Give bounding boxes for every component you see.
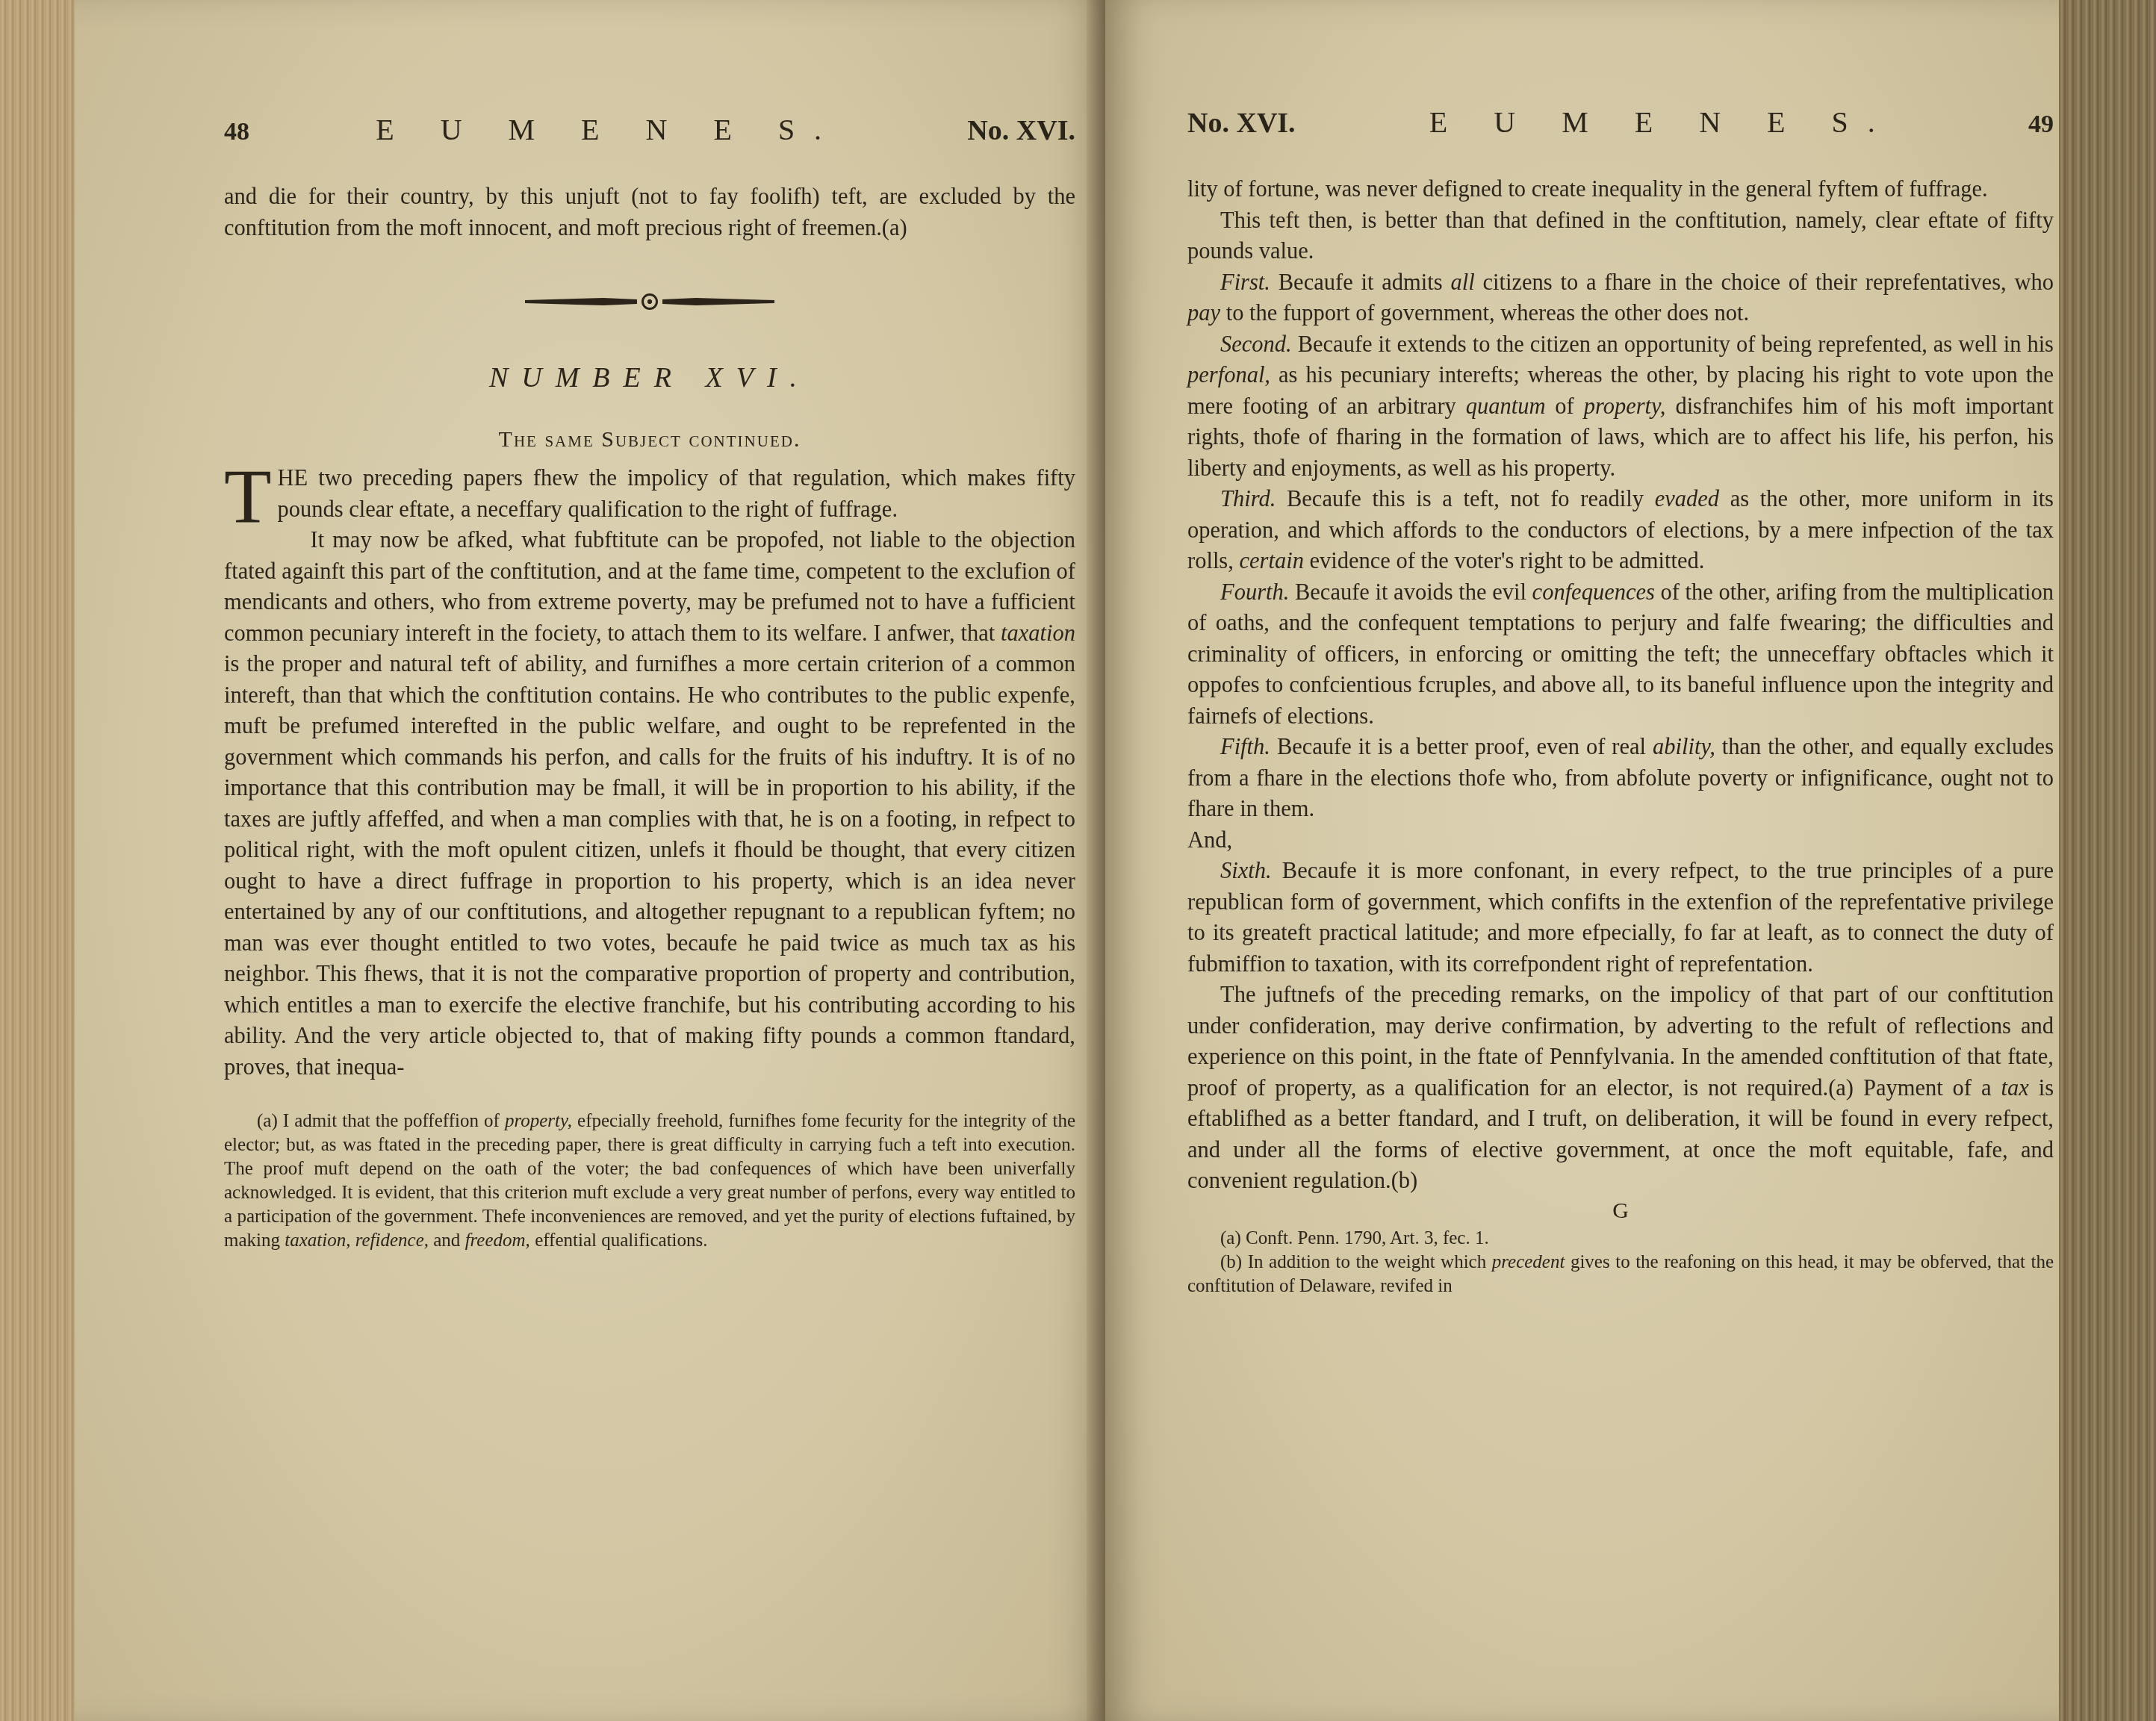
page-edges-left [0,0,82,1721]
text-segment: evidence of the voter's right to be admi… [1304,548,1705,573]
rosette-icon [641,293,658,310]
paragraph-first: First. Becaufe it admits all citizens to… [1187,267,2054,329]
enumeration-label: Fifth. [1220,734,1270,759]
ornament-bar-right [662,298,774,305]
ornament-rule-icon [224,294,1075,309]
enumeration-label: Fourth. [1220,579,1289,605]
text-segment: and [429,1230,465,1251]
italic-term: ability, [1653,734,1715,759]
enumeration-label: Third. [1220,486,1276,511]
paragraph-this-test: This teft then, is better than that defi… [1187,205,2054,267]
running-number: No. XVI. [1187,107,1296,140]
enumeration-label: First. [1220,270,1270,295]
text-segment: Becaufe it avoids the evil [1289,579,1532,605]
running-number: No. XVI. [967,114,1075,147]
running-title: E U M E N E S. [1429,105,1895,140]
paragraph-closing: The juftnefs of the preceding remarks, o… [1187,980,2054,1197]
chapter-subtitle: The same Subject continued. [224,427,1075,452]
italic-term: pay [1187,300,1220,326]
book-spread: 48 E U M E N E S. No. XVI. and die for t… [0,0,2156,1721]
drop-cap: T [224,467,272,527]
signature-mark: G [1187,1198,2054,1224]
paragraph-continued: lity of fortune, was never defigned to c… [1187,174,2054,205]
page-number: 48 [224,118,249,146]
italic-term: freedom, [465,1230,530,1251]
continued-paragraph: and die for their country, by this unjuf… [224,181,1075,243]
italic-term: taxation [1001,620,1075,646]
left-page: 48 E U M E N E S. No. XVI. and die for t… [75,0,1105,1721]
paragraph-second: Second. Becaufe it extends to the citize… [1187,329,2054,485]
text-segment: effential qualifications. [530,1230,708,1251]
text-segment: It may now be afked, what fubftitute can… [224,527,1075,646]
ornament-bar-left [525,298,637,305]
page-number: 49 [2028,111,2054,139]
italic-term: precedent [1492,1252,1565,1272]
text-segment: efpecially freehold, furnifhes fome fecu… [224,1111,1075,1251]
running-head-left: 48 E U M E N E S. No. XVI. [224,112,1075,147]
paragraph-taxation: It may now be afked, what fubftitute can… [224,525,1075,1083]
paragraph-opening: THE two preceding papers fhew the impoli… [224,463,1075,525]
italic-term: quantum [1466,393,1546,419]
running-head-right: No. XVI. E U M E N E S. 49 [1187,105,2054,140]
opening-text: HE two preceding papers fhew the impolic… [278,465,1075,522]
text-segment: Becaufe this is a teft, not fo readily [1276,486,1654,511]
paragraph-sixth: Sixth. Becaufe it is more confonant, in … [1187,856,2054,980]
running-title: E U M E N E S. [376,112,841,147]
right-page: No. XVI. E U M E N E S. 49 lity of fortu… [1105,0,2069,1721]
text-segment: Becaufe it extends to the citizen an opp… [1292,332,2054,357]
footnotes-left: (a) I admit that the poffeffion of prope… [224,1110,1075,1253]
text-segment: (b) In addition to the weight which [1220,1252,1492,1272]
chapter-number: NUMBER XVI. [224,361,1075,394]
text-segment: Becaufe it is a better proof, even of re… [1270,734,1653,759]
text-segment: Becaufe it is more confonant, in every r… [1187,858,2054,977]
text-segment: (a) I admit that the poffeffion of [257,1111,505,1131]
italic-term: certain [1239,548,1303,573]
text-segment: The juftnefs of the preceding remarks, o… [1187,982,2054,1101]
text-segment: to the fupport of government, whereas th… [1220,300,1749,326]
italic-term: tax [2001,1075,2028,1101]
enumeration-label: Second. [1220,332,1292,357]
text-segment: Becaufe it admits [1270,270,1450,295]
italic-term: evaded [1655,486,1719,511]
text-segment: citizens to a fhare in the choice of the… [1475,270,2054,295]
paragraph-fifth: Fifth. Becaufe it is a better proof, eve… [1187,732,2054,825]
text-segment: is the proper and natural teft of abilit… [224,651,1075,1080]
italic-term: property, [1584,393,1666,419]
footnote-a: (a) Conft. Penn. 1790, Art. 3, fec. 1. [1187,1227,2054,1251]
page-edges-right [2059,0,2156,1721]
enumeration-label: Sixth. [1220,858,1272,883]
paragraph-third: Third. Becaufe this is a teft, not fo re… [1187,484,2054,577]
footnote-a: (a) I admit that the poffeffion of prope… [224,1110,1075,1253]
and-line: And, [1187,825,2054,856]
left-text-block: 48 E U M E N E S. No. XVI. and die for t… [224,112,1075,1253]
italic-term: confequences [1532,579,1655,605]
italic-term: all [1450,270,1474,295]
italic-term: taxation, refidence, [285,1230,429,1251]
italic-term: property, [505,1111,572,1131]
footnotes-right: (a) Conft. Penn. 1790, Art. 3, fec. 1. (… [1187,1227,2054,1298]
text-segment: of [1545,393,1583,419]
right-text-block: No. XVI. E U M E N E S. 49 lity of fortu… [1187,105,2054,1298]
paragraph-fourth: Fourth. Becaufe it avoids the evil confe… [1187,577,2054,732]
italic-term: perfonal, [1187,362,1270,388]
footnote-b: (b) In addition to the weight which prec… [1187,1251,2054,1298]
